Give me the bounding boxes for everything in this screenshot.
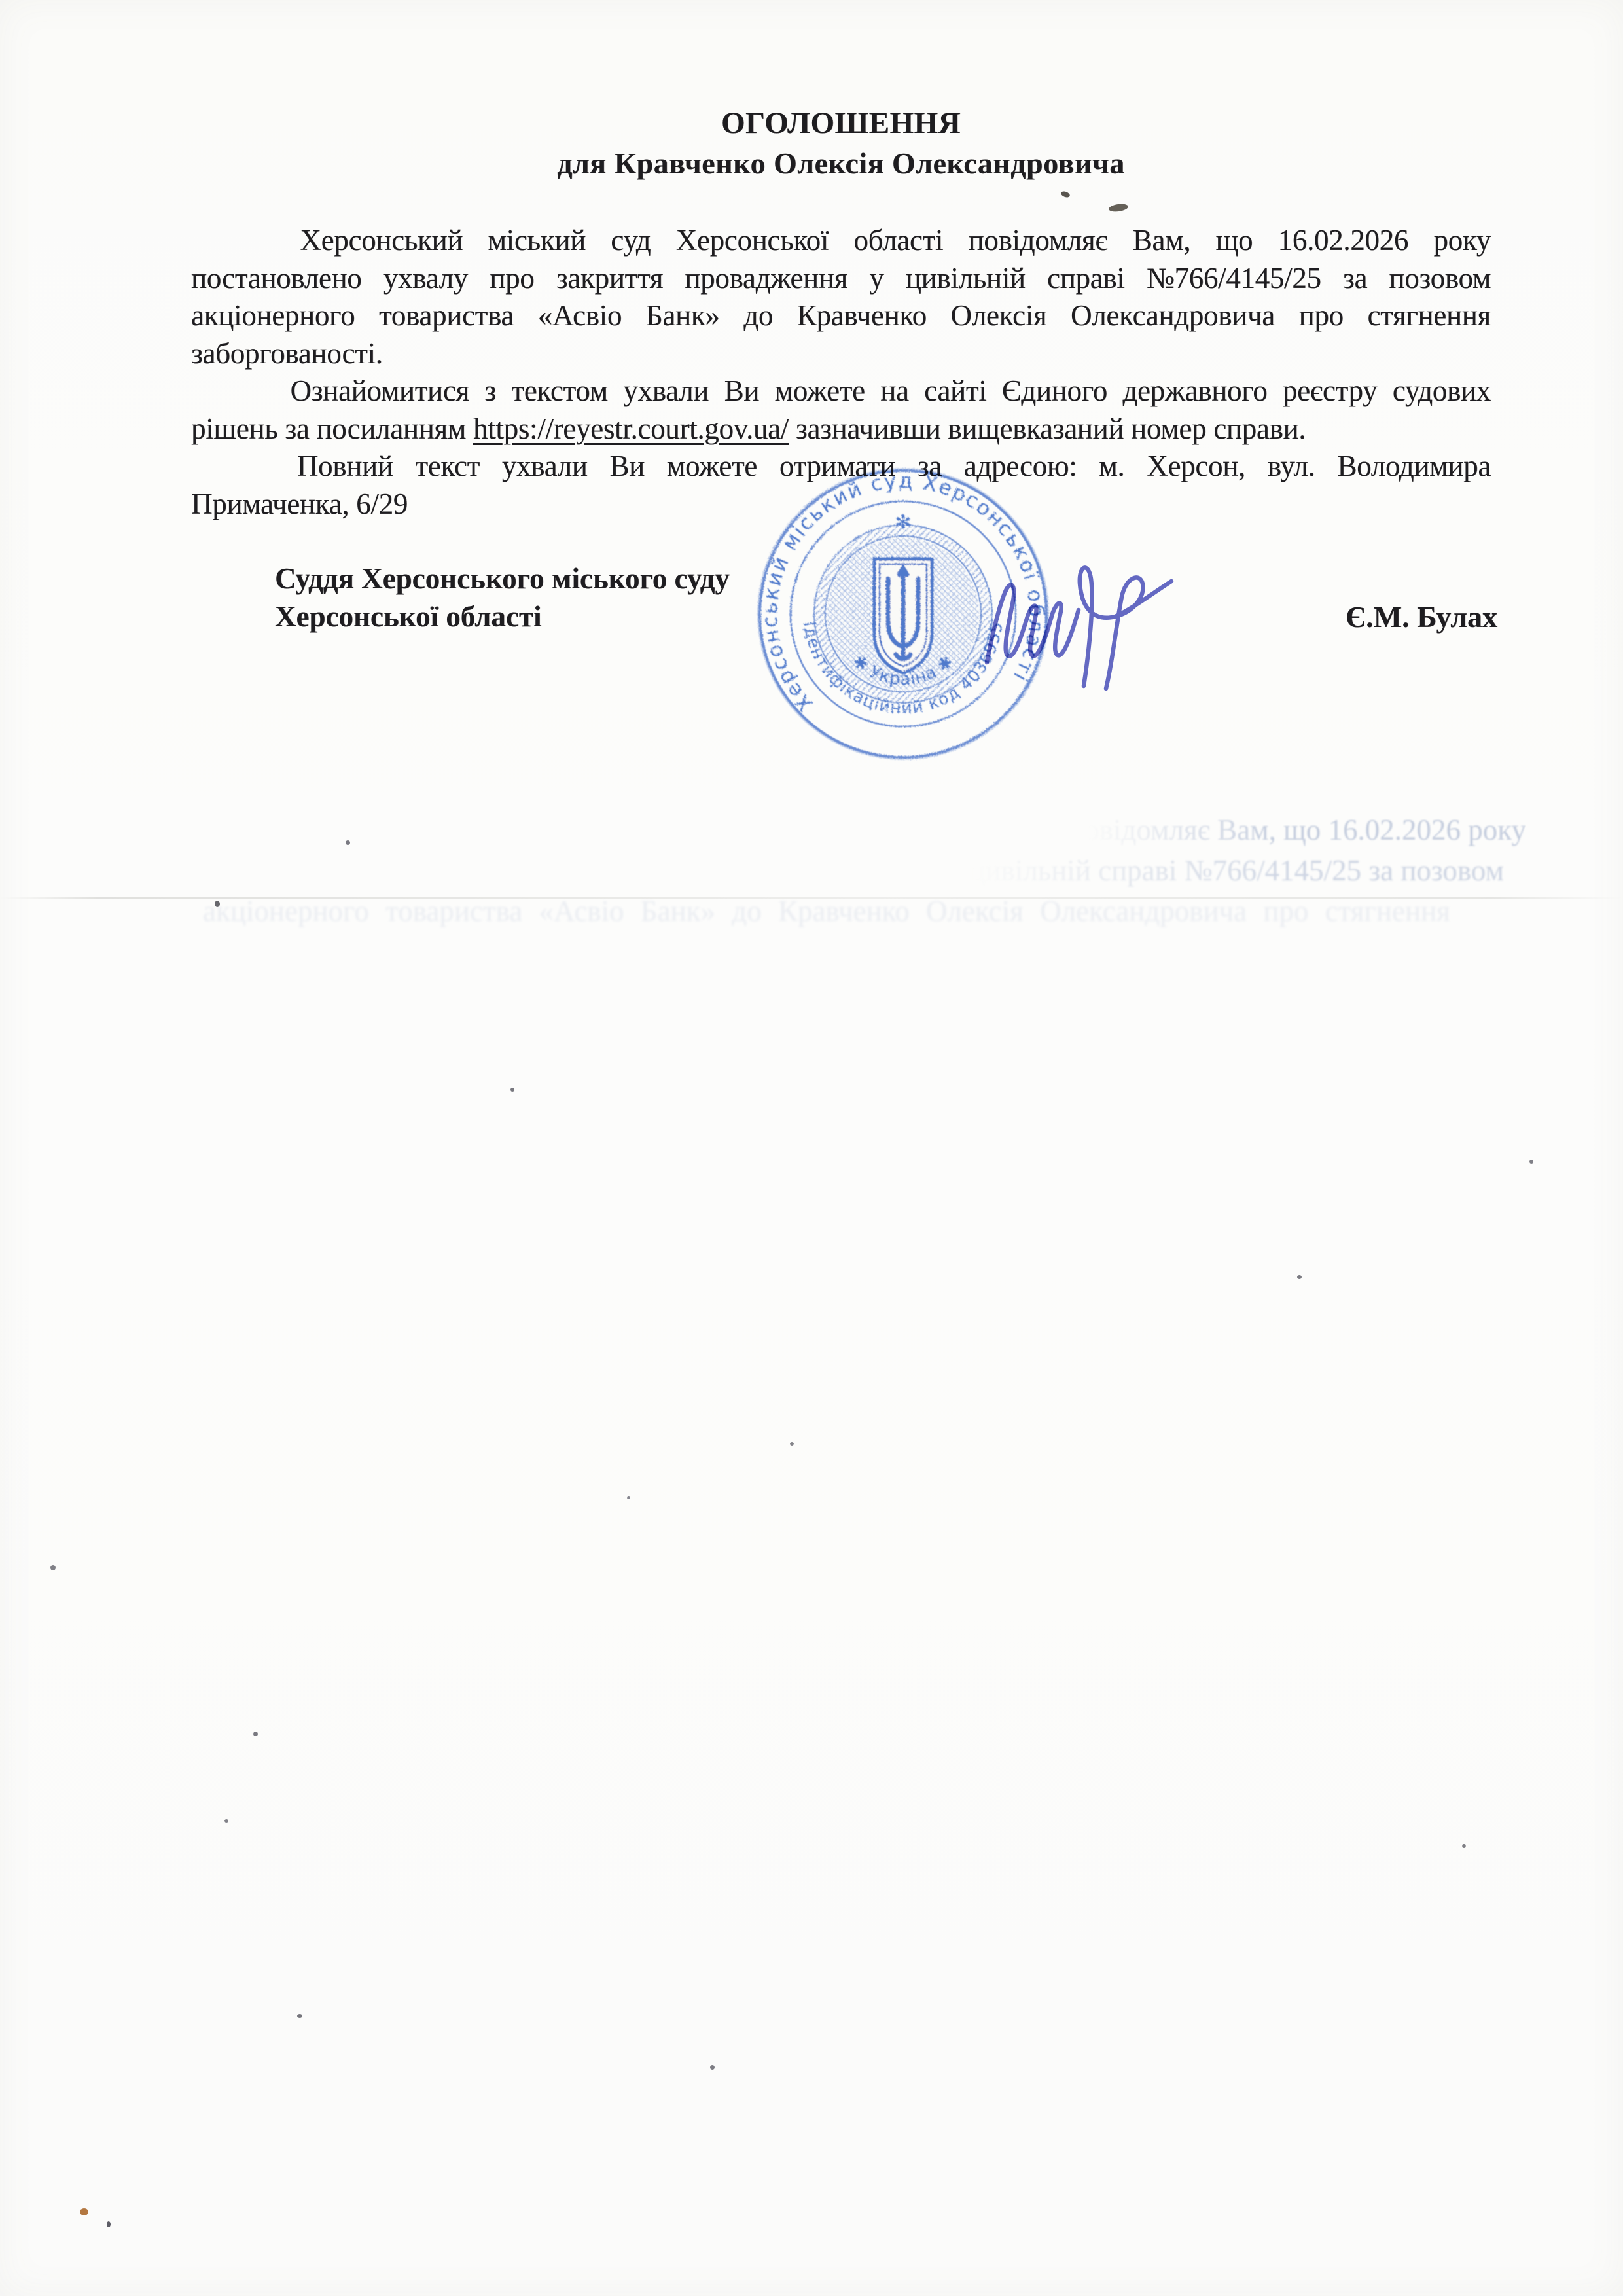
- signatory-name: Є.М. Булах: [1346, 598, 1497, 636]
- dust-speck: [224, 1819, 228, 1823]
- judge-title-line-2: Херсонської області: [275, 598, 541, 636]
- ghost-bleedthrough-text: акціонерного товариства «Асвіо Банк» до …: [203, 893, 1450, 930]
- text-line: рішень за посиланням https://reyestr.cou…: [191, 410, 1491, 448]
- dust-speck: [1108, 203, 1128, 213]
- dust-speck: [510, 1088, 514, 1092]
- ghost-bleedthrough-text: повідомляє Вам, що 16.02.2026 року: [1069, 812, 1526, 849]
- dust-speck: [297, 2014, 302, 2018]
- text-line: ХерсонськийміськийсудХерсонськоїобластіп…: [191, 222, 1491, 260]
- document-title: ОГОЛОШЕННЯ: [191, 105, 1491, 141]
- dust-speck: [107, 2221, 111, 2227]
- text-line: акціонерноготовариства«АсвіоБанк»доКравч…: [191, 297, 1491, 335]
- coat-of-arms-icon: [874, 559, 932, 673]
- first-line-indent: [191, 448, 275, 486]
- first-line-indent: [191, 222, 275, 260]
- registry-url-text: https://reyestr.court.gov.ua/: [473, 412, 789, 445]
- document-subtitle: для Кравченко Олексія Олександровича: [191, 145, 1491, 182]
- dust-speck: [215, 901, 220, 907]
- handwritten-signature: [929, 524, 1191, 707]
- ghost-bleedthrough-text: у цивільній справі №766/4145/25 за позов…: [948, 852, 1504, 889]
- dust-speck: [80, 2208, 88, 2215]
- text-line: постановленоухвалупрозакриттяпровадження…: [191, 260, 1491, 298]
- judge-title-line-1: Суддя Херсонського міського суду: [275, 560, 730, 598]
- dust-speck: [50, 1565, 56, 1570]
- text-line: ОзнайомитисязтекстомухвалиВиможетенасайт…: [191, 372, 1491, 410]
- dust-speck: [253, 1732, 258, 1736]
- dust-speck: [1529, 1160, 1533, 1164]
- dust-speck: [710, 2065, 715, 2070]
- first-line-indent: [191, 372, 275, 410]
- dust-speck: [346, 840, 350, 845]
- dust-speck: [1060, 190, 1071, 198]
- text-line: заборгованості.: [191, 335, 1491, 373]
- stamp-top-star: ✻: [895, 511, 911, 534]
- dust-speck: [627, 1496, 630, 1499]
- scanned-court-announcement-page: ОГОЛОШЕННЯ для Кравченко Олексія Олексан…: [0, 0, 1623, 2296]
- dust-speck: [1462, 1844, 1466, 1848]
- dust-speck: [1297, 1275, 1302, 1279]
- dust-speck: [790, 1442, 794, 1446]
